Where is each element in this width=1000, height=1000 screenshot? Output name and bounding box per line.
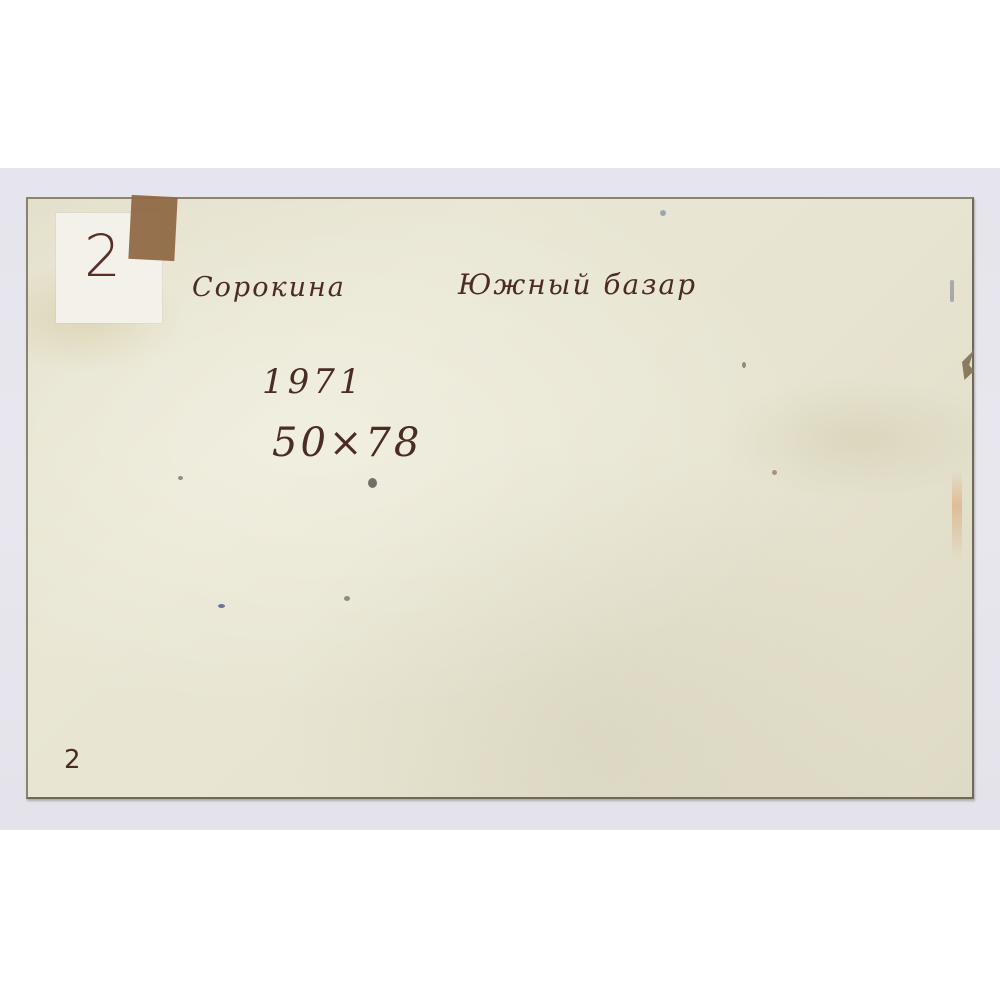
paint-speck [742,362,746,368]
painting-title-inscription: Южный базар [458,268,697,301]
sticker-number-text: 2 [84,222,122,290]
year-inscription: 1971 [262,362,365,402]
paint-speck [178,476,183,480]
dimensions-inscription: 50×78 [272,420,422,466]
paint-speck [344,596,350,601]
artist-name-inscription: Сорокина [192,272,346,303]
corner-number-inscription: 2 [64,745,82,775]
paint-speck [950,280,954,302]
paint-speck [660,210,666,216]
brown-tape [128,195,177,261]
paint-speck [368,478,377,488]
edge-stain [952,470,962,560]
paint-speck [772,470,777,475]
paint-speck [218,604,225,608]
